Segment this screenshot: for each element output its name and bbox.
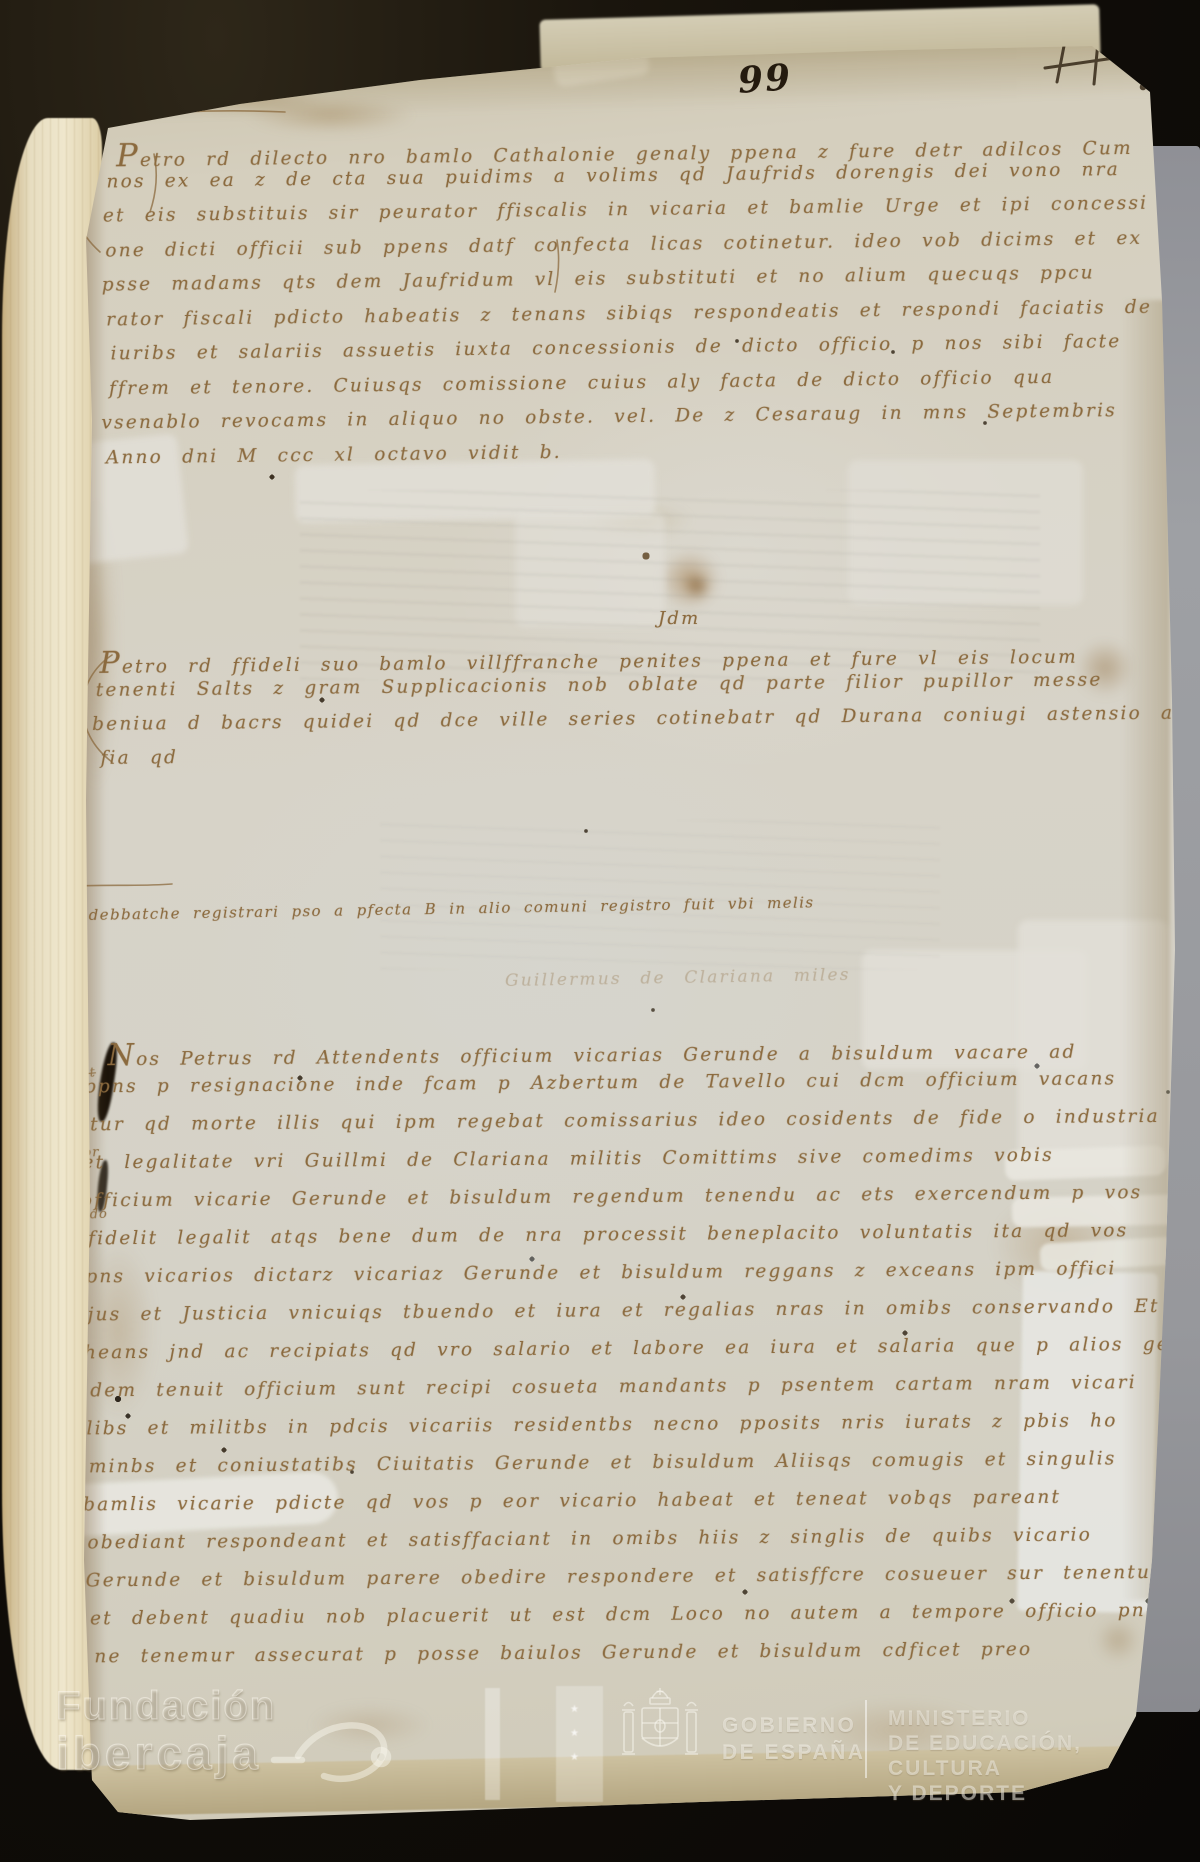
star-icon: ★ bbox=[570, 1728, 579, 1739]
folio-number: 99 bbox=[737, 56, 794, 102]
ibercaja-watermark-line2: ibercaja bbox=[56, 1730, 262, 1776]
gobierno-line2: DE ESPAÑA bbox=[722, 1739, 865, 1766]
corner-mark bbox=[1045, 42, 1145, 89]
ibercaja-watermark-line1: Fundación bbox=[56, 1686, 276, 1726]
ministerio-watermark: MINISTERIO DE EDUCACIÓN, CULTURA Y DEPOR… bbox=[888, 1706, 1200, 1806]
star-icon: ★ bbox=[570, 1704, 579, 1715]
government-logo-bar bbox=[485, 1688, 500, 1800]
government-logo-band: ★ ★ ★ bbox=[556, 1686, 603, 1802]
gobierno-watermark: GOBIERNO DE ESPAÑA bbox=[722, 1712, 865, 1766]
manuscript-entry-2: Petro rd ffideli suo bamlo villffranche … bbox=[99, 634, 1200, 782]
spain-coat-of-arms-icon bbox=[608, 1682, 712, 1786]
gobierno-line1: GOBIERNO bbox=[722, 1712, 865, 1739]
ibercaja-logo-icon bbox=[266, 1700, 398, 1800]
ministerio-line2: DE EDUCACIÓN, CULTURA bbox=[888, 1731, 1200, 1781]
manuscript-entry-3: Nos Petrus rd Attendents officium vicari… bbox=[95, 1030, 1192, 1685]
manuscript-entry-1: Petro rd dilecto nro bamlo Cathalonie ge… bbox=[116, 124, 1154, 482]
archival-scan: 99 Petro rd dilecto nro bamlo Cathalonie… bbox=[0, 0, 1200, 1862]
ministerio-line3: Y DEPORTE bbox=[888, 1781, 1200, 1806]
star-icon: ★ bbox=[570, 1752, 579, 1763]
idem-note: Jdm bbox=[658, 608, 700, 629]
manuscript-page: 99 Petro rd dilecto nro bamlo Cathalonie… bbox=[0, 0, 1200, 1862]
watermark-divider bbox=[865, 1700, 867, 1778]
ministerio-line1: MINISTERIO bbox=[888, 1706, 1200, 1731]
